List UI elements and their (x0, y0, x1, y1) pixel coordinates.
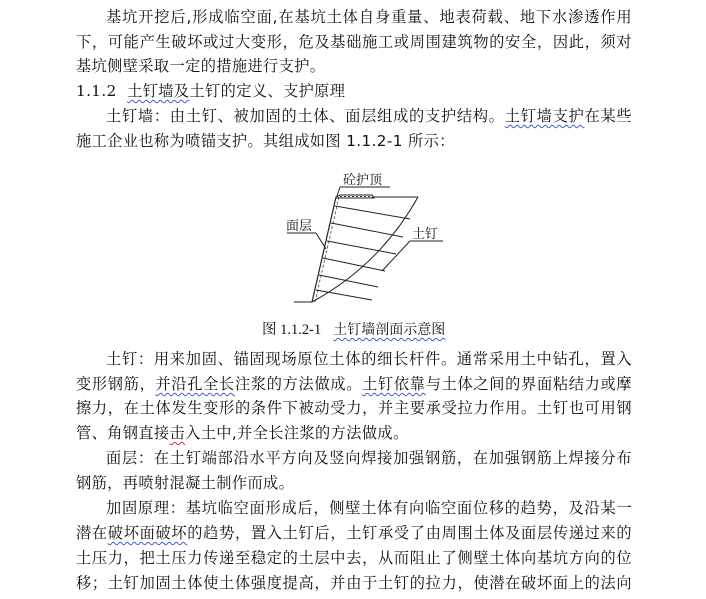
label-facing: 面层 (286, 219, 312, 234)
text-span: 土钉墙：由土钉、被加固的土体、面层组成的支护结构。 (106, 107, 505, 125)
spellcheck-underlined-text: 土钉墙支护 (505, 107, 585, 125)
spellcheck-underlined-text: 土钉墙及 (127, 82, 189, 100)
text-span: 变形钢筋， (76, 375, 155, 393)
paragraph-line: 土钉：用来加固、锚固现场原位土体的细长杆件。通常采用土中钻孔，置入 (106, 347, 632, 371)
text-span: 入土中,并全长注浆的方法做成。 (185, 424, 408, 442)
spellcheck-underlined-text: 破坏面破坏 (108, 524, 187, 542)
text-span: 在某些 (585, 107, 633, 125)
paragraph-line: 土钉墙：由土钉、被加固的土体、面层组成的支护结构。土钉墙支护在某些 (106, 104, 632, 128)
text-span: 注浆的方法做成。 (235, 375, 362, 393)
paragraph-line: 面层：在土钉端部沿水平方向及竖向焊接加强钢筋，在加强钢筋上焊接分布 (106, 446, 632, 470)
paragraph-line: 加固原理：基坑临空面形成后，侧壁土体有向临空面位移的趋势，及沿某一 (106, 496, 632, 520)
diagram-svg: 砼护顶 面层 土钉 (280, 165, 450, 315)
paragraph-line: 基坑侧壁采取一定的措施进行支护。 (76, 54, 632, 78)
spellcheck-underlined-text: 土钉依靠 (362, 375, 426, 393)
paragraph-line: 管、角钢直接击入土中,并全长注浆的方法做成。 (76, 421, 632, 445)
paragraph-line: 施工企业也称为喷锚支护。其组成如图 1.1.2-1 所示： (76, 129, 632, 153)
label-soil-nail: 土钉 (412, 226, 438, 242)
section-number: 1.1.2 (76, 82, 117, 100)
text-span: 与土体之间的界面粘结力或摩 (426, 375, 632, 393)
section-title-rest: 土钉的定义、支护原理 (189, 82, 345, 100)
spellcheck-error-text: 击 (170, 424, 186, 442)
paragraph-line: 钢筋，再喷射混凝土制作而成。 (76, 471, 632, 495)
caption-text: 土钉墙剖面示意图 (333, 322, 445, 338)
caption-number: 图 1.1.2-1 (262, 322, 321, 338)
figure-caption: 图 1.1.2-1土钉墙剖面示意图 (262, 319, 445, 341)
text-span: 潜在 (76, 524, 108, 542)
paragraph-line: 移；土钉加固土体使土体强度提高，并由于土钉的拉力，使潜在破坏面上的法向 (76, 571, 632, 595)
document-page: 基坑开挖后,形成临空面,在基坑土体自身重量、地表荷载、地下水渗透作用 下，可能产… (0, 0, 706, 599)
paragraph-line: 擦力，在土体发生变形的条件下被动受力，并主要承受拉力作用。土钉也可用钢 (76, 396, 632, 420)
paragraph-line: 变形钢筋，并沿孔全长注浆的方法做成。土钉依靠与土体之间的界面粘结力或摩 (76, 372, 632, 396)
paragraph-line: 基坑开挖后,形成临空面,在基坑土体自身重量、地表荷载、地下水渗透作用 (106, 5, 632, 29)
paragraph-line: 下，可能产生破坏或过大变形，危及基础施工或周围建筑物的安全，因此，须对 (76, 30, 632, 54)
paragraph-line: 潜在破坏面破坏的趋势，置入土钉后，土钉承受了由周围土体及面层传递过来的 (76, 521, 632, 545)
section-heading: 1.1.2 土钉墙及土钉的定义、支护原理 (76, 79, 632, 103)
text-span: 管、角钢直接 (76, 424, 170, 442)
spellcheck-underlined-text: 并沿孔全长 (155, 375, 234, 393)
soil-nail-wall-diagram: 砼护顶 面层 土钉 (280, 165, 450, 315)
text-span: 的趋势，置入土钉后，土钉承受了由周围土体及面层传递过来的 (187, 524, 632, 542)
paragraph-line: 土压力，把土压力传递至稳定的土层中去，从而阻止了侧壁土体向基坑方向的位 (76, 546, 632, 570)
label-top-cap: 砼护顶 (343, 172, 383, 188)
